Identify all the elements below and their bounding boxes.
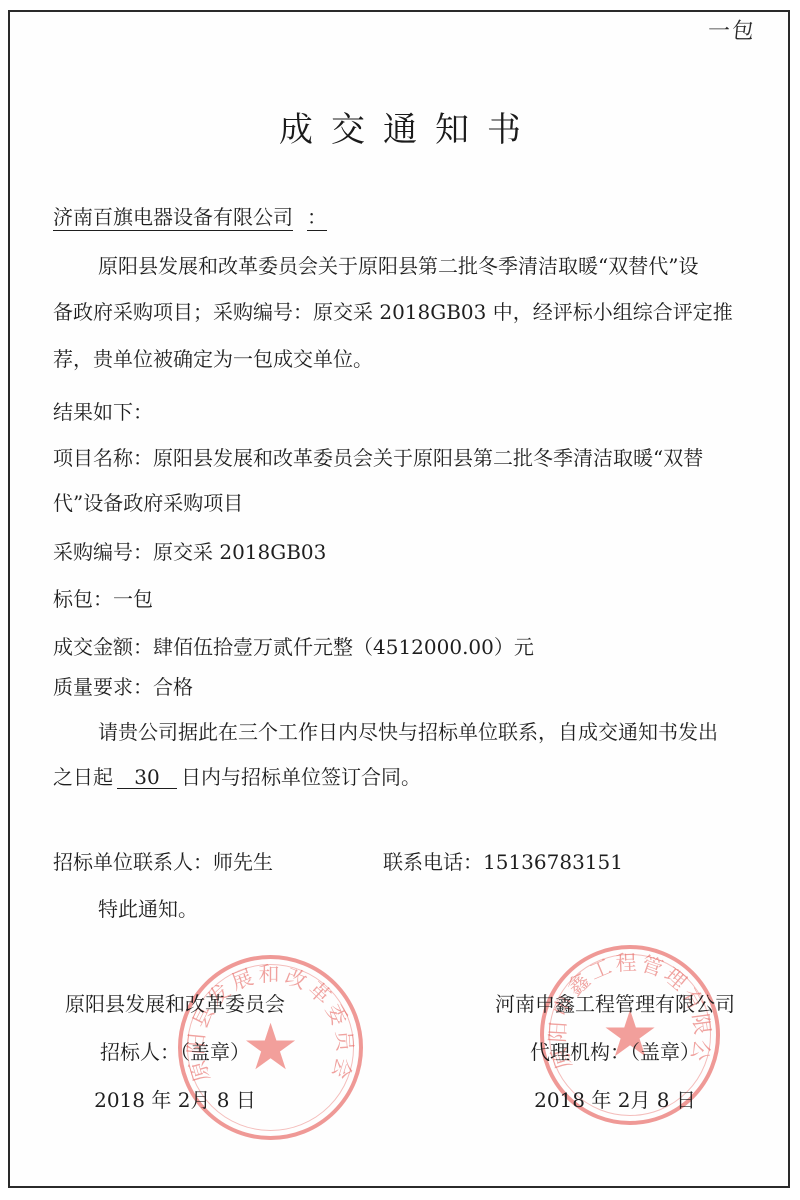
contract-days-field: 30 (117, 766, 177, 789)
intro-line-2: 备政府采购项目；采购编号：原交采 2018GB03 中，经评标小组综合评定推 (53, 298, 733, 326)
instruction-line-2: 之日起30日内与招标单位签订合同。 (53, 763, 421, 791)
addressee: 济南百旗电器设备有限公司： (53, 203, 333, 231)
document-title: 成交通知书 (0, 102, 800, 151)
agency-date: 2018 年 2月 8 日 (480, 1086, 750, 1134)
lot: 标包：一包 (53, 585, 153, 613)
instruction-line-1: 请贵公司据此在三个工作日内尽快与招标单位联系，自成交通知书发出 (98, 718, 718, 746)
contact-person: 招标单位联系人：师先生 (53, 848, 273, 876)
tenderer-organization: 原阳县发展和改革委员会 (60, 990, 290, 1038)
handwritten-lot-note: 一包 (706, 14, 757, 45)
signature-block-tenderer: 原阳县发展和改革委员会 招标人：（盖章） 2018 年 2月 8 日 (60, 990, 290, 1134)
award-amount: 成交金额：肆佰伍拾壹万贰仟元整（4512000.00）元 (53, 633, 534, 661)
signature-block-agency: 河南申鑫工程管理有限公司 代理机构：（盖章） 2018 年 2月 8 日 (480, 990, 750, 1134)
results-heading: 结果如下： (53, 398, 153, 426)
quality-requirement: 质量要求：合格 (53, 673, 193, 701)
procurement-number: 采购编号：原交采 2018GB03 (53, 538, 326, 566)
instruction-suffix: 日内与招标单位签订合同。 (181, 765, 421, 789)
tenderer-date: 2018 年 2月 8 日 (60, 1086, 290, 1134)
closing-note: 特此通知。 (98, 895, 198, 923)
addressee-colon: ： (293, 205, 327, 229)
intro-line-1: 原阳县发展和改革委员会关于原阳县第二批冬季清洁取暖“双替代”设 (98, 252, 698, 280)
tenderer-seal-label: 招标人：（盖章） (60, 1038, 290, 1086)
project-name-line-2: 代”设备政府采购项目 (53, 489, 243, 517)
addressee-name: 济南百旗电器设备有限公司 (53, 205, 293, 229)
agency-seal-label: 代理机构：（盖章） (480, 1038, 750, 1086)
instruction-prefix: 之日起 (53, 765, 113, 789)
intro-line-3: 荐，贵单位被确定为一包成交单位。 (53, 345, 373, 373)
agency-organization: 河南申鑫工程管理有限公司 (480, 990, 750, 1038)
contact-phone: 联系电话：15136783151 (383, 848, 623, 876)
project-name-line-1: 项目名称：原阳县发展和改革委员会关于原阳县第二批冬季清洁取暖“双替 (53, 444, 703, 472)
